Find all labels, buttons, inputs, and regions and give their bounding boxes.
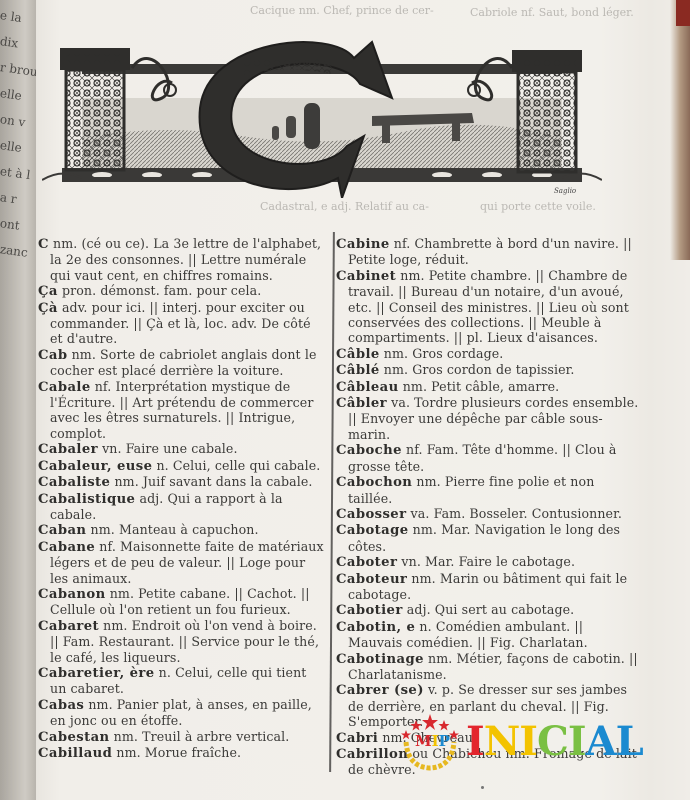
entry-headword: Cabillaud <box>38 746 112 761</box>
entry-headword: Câble <box>336 347 380 362</box>
dictionary-entry: Cabaliste nm. Juif savant dans la cabale… <box>38 474 326 490</box>
dictionary-entry: C nm. (cé ou ce). La 3e lettre de l'alph… <box>38 236 326 283</box>
entry-headword: Cabotin, e <box>336 620 415 635</box>
entry-headword: Cabane <box>38 540 95 555</box>
dictionary-entry: Cabine nf. Chambrette à bord d'un navire… <box>336 236 641 268</box>
dictionary-entry: Cabestan nm. Treuil à arbre vertical. <box>38 729 326 745</box>
entry-headword: Cabaleur, euse <box>38 459 152 474</box>
dictionary-entry: Câbleau nm. Petit câble, amarre. <box>336 379 641 395</box>
emblem-letter: M <box>415 732 432 750</box>
entry-headword: Câbleau <box>336 380 399 395</box>
dictionary-entry: Caboteur nm. Marin ou bâtiment qui fait … <box>336 571 641 603</box>
dictionary-entry: Caboter vn. Mar. Faire le cabotage. <box>336 554 641 570</box>
entry-headword: Cabaler <box>38 442 98 457</box>
inicial-wordmark: INICIAL <box>466 720 643 764</box>
illustrator-signature: Saglio <box>554 187 576 195</box>
dictionary-entry: Cabotier adj. Qui sert au cabotage. <box>336 602 641 618</box>
entry-headword: Cabosser <box>336 507 406 522</box>
entry-definition: vn. Mar. Faire le cabotage. <box>397 554 575 569</box>
entry-definition: pron. démonst. fam. pour cela. <box>58 283 262 298</box>
previous-page-text-fragment: r brou <box>0 60 36 79</box>
dictionary-entry: Cabotage nm. Mar. Navigation le long des… <box>336 522 641 554</box>
wordmark-letter: I <box>568 720 586 764</box>
dictionary-entry: Cabillaud nm. Morue fraîche. <box>38 745 326 761</box>
dictionary-entry: Cabochon nm. Pierre fine polie et non ta… <box>336 474 641 506</box>
entry-definition: nm. Gros cordon de tapissier. <box>380 362 575 377</box>
dictionary-entry: Cab nm. Sorte de cabriolet anglais dont … <box>38 347 326 379</box>
entry-definition: nm. Treuil à arbre vertical. <box>110 729 290 744</box>
previous-page-text-fragment: elle <box>0 138 23 155</box>
entry-definition: nm. Juif savant dans la cabale. <box>110 474 312 489</box>
entry-headword: Cabanon <box>38 587 106 602</box>
entry-headword: Caban <box>38 523 86 538</box>
previous-page-text-fragment: zanc <box>0 242 29 260</box>
dictionary-entry: Ça pron. démonst. fam. pour cela. <box>38 283 326 299</box>
entry-definition: n. Celui, celle qui cabale. <box>152 458 320 473</box>
entry-definition: nm. Panier plat, à anses, en paille, en … <box>50 697 312 728</box>
right-column: Cabine nf. Chambrette à bord d'un navire… <box>336 236 641 778</box>
entry-headword: Caboteur <box>336 572 407 587</box>
previous-page-text-fragment: a r <box>0 190 18 206</box>
dictionary-entry: Cabotinage nm. Métier, façons de cabotin… <box>336 651 641 683</box>
entry-headword: Cabotinage <box>336 652 424 667</box>
entry-headword: Cabrillon <box>336 747 408 762</box>
column-divider <box>329 232 335 772</box>
dictionary-entry: Câble nm. Gros cordage. <box>336 346 641 362</box>
entry-headword: Câbler <box>336 396 387 411</box>
previous-page-text-fragment: elle <box>0 86 23 103</box>
entry-headword: Cabinet <box>336 269 396 284</box>
bleed-through-text: Cacique nm. Chef, prince de cer- <box>250 4 434 17</box>
dictionary-entry: Caban nm. Manteau à capuchon. <box>38 522 326 538</box>
dictionary-entry: Cabaleur, euse n. Celui, celle qui cabal… <box>38 458 326 474</box>
entry-definition: nm. (cé ou ce). La 3e lettre de l'alphab… <box>49 236 321 283</box>
entry-headword: Cabine <box>336 237 390 252</box>
dictionary-entry: Cabaretier, ère n. Celui, celle qui tien… <box>38 665 326 697</box>
dictionary-entry: Cabaret nm. Endroit où l'on vend à boire… <box>38 618 326 665</box>
entry-definition: vn. Faire une cabale. <box>98 441 238 456</box>
entry-headword: Cabalistique <box>38 492 135 507</box>
ornamental-initial-c-banner: Saglio <box>42 28 602 198</box>
entry-headword: Caboche <box>336 443 402 458</box>
inicial-watermark-logo: MIP INICIAL <box>400 712 670 772</box>
entry-headword: Ça <box>38 284 58 299</box>
dictionary-page-photo: e ladixr brouelleon velleet à la rontzan… <box>0 0 690 800</box>
dictionary-entry: Cabane nf. Maisonnette faite de matériau… <box>38 539 326 586</box>
entry-headword: Cabotier <box>336 603 403 618</box>
entry-headword: Cabaret <box>38 619 99 634</box>
entry-definition: nf. Chambrette à bord d'un navire. || Pe… <box>348 236 632 267</box>
dictionary-entry: Cabale nf. Interprétation mystique de l'… <box>38 379 326 442</box>
dictionary-entry: Çà adv. pour ici. || interj. pour excite… <box>38 300 326 347</box>
dictionary-entry: Cabalistique adj. Qui a rapport à la cab… <box>38 491 326 523</box>
previous-page-text-fragment: et à l <box>0 164 31 182</box>
entry-headword: Cab <box>38 348 67 363</box>
entry-headword: Çà <box>38 301 58 316</box>
entry-definition: va. Fam. Bosseler. Contusionner. <box>406 506 622 521</box>
wordmark-letter: I <box>519 720 537 764</box>
dictionary-entry: Cabas nm. Panier plat, à anses, en paill… <box>38 697 326 729</box>
wordmark-letter: A <box>586 720 616 764</box>
previous-page-text-fragment: ont <box>0 216 21 233</box>
entry-headword: Cabrer (se) <box>336 683 424 698</box>
wordmark-letter: N <box>484 720 520 764</box>
previous-page-text-fragment: dix <box>0 34 19 50</box>
entry-definition: nm. Morue fraîche. <box>112 745 241 760</box>
entry-headword: C <box>38 237 49 252</box>
entry-definition: nm. Sorte de cabriolet anglais dont le c… <box>50 347 317 378</box>
dictionary-entry: Cabotin, e n. Comédien ambulant. || Mauv… <box>336 619 641 651</box>
entry-headword: Cabochon <box>336 475 412 490</box>
entry-definition: nm. Petit câble, amarre. <box>399 379 560 394</box>
entry-definition: adv. pour ici. || interj. pour exciter o… <box>50 300 311 347</box>
dictionary-entry: Cabanon nm. Petite cabane. || Cachot. ||… <box>38 586 326 618</box>
dictionary-entry: Caboche nf. Fam. Tête d'homme. || Clou à… <box>336 442 641 474</box>
entry-definition: adj. Qui sert au cabotage. <box>403 602 575 617</box>
entry-headword: Cabri <box>336 731 378 746</box>
entry-headword: Cabas <box>38 698 84 713</box>
entry-headword: Cabotage <box>336 523 409 538</box>
bleed-through-text: qui porte cette voile. <box>480 200 596 213</box>
entry-definition: va. Tordre plusieurs cordes ensemble. ||… <box>348 395 638 442</box>
entry-headword: Cabale <box>38 380 91 395</box>
previous-page-text-fragment: e la <box>0 8 23 25</box>
entry-headword: Cabestan <box>38 730 110 745</box>
bleed-through-text: Cabriole nf. Saut, bond léger. <box>470 6 634 19</box>
dictionary-entry: Cabaler vn. Faire une cabale. <box>38 441 326 457</box>
dictionary-entry: Cabosser va. Fam. Bosseler. Contusionner… <box>336 506 641 522</box>
wordmark-letter: I <box>466 720 484 764</box>
entry-headword: Cabaliste <box>38 475 110 490</box>
dictionary-entry: Cabinet nm. Petite chambre. || Chambre d… <box>336 268 641 346</box>
dictionary-entry: Câblé nm. Gros cordon de tapissier. <box>336 362 641 378</box>
entry-headword: Câblé <box>336 363 380 378</box>
dictionary-entry: Câbler va. Tordre plusieurs cordes ensem… <box>336 395 641 442</box>
previous-page-edge: e ladixr brouelleon velleet à la rontzan… <box>0 0 36 800</box>
previous-page-text-fragment: on v <box>0 112 26 129</box>
entry-definition: nm. Gros cordage. <box>380 346 504 361</box>
book-spine-edge <box>670 0 690 260</box>
emblem-letter: I <box>432 732 439 750</box>
emblem-letter: P <box>439 732 450 750</box>
wordmark-letter: C <box>537 720 568 764</box>
entry-headword: Cabaretier, ère <box>38 666 155 681</box>
entry-headword: Caboter <box>336 555 397 570</box>
wordmark-letter: L <box>616 720 643 764</box>
bleed-through-text: Cadastral, e adj. Relatif au ca- <box>260 200 429 213</box>
entry-definition: nm. Manteau à capuchon. <box>86 522 258 537</box>
left-column: C nm. (cé ou ce). La 3e lettre de l'alph… <box>38 236 326 761</box>
paper-speck <box>481 786 484 789</box>
